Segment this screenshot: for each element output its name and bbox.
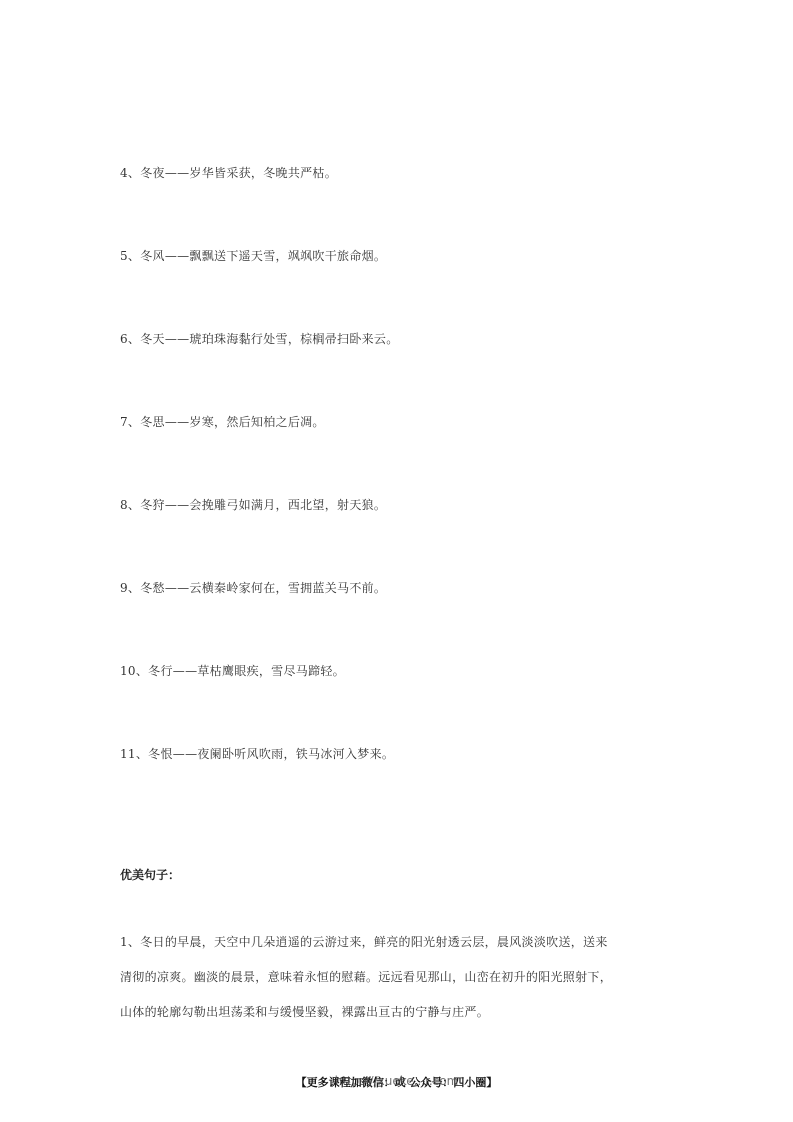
poem-line-5: 5、冬风——飘飘送下遥天雪，飒飒吹干旅命烟。 [120,248,386,264]
footer-watermark: 【更多课程加微信：或 公众号：四小圈】 https://xueke...r.co… [0,1074,793,1090]
poem-line-9: 9、冬愁——云横秦岭家何在，雪拥蓝关马不前。 [120,580,386,596]
poem-line-8: 8、冬狩——会挽雕弓如满月，西北望，射天狼。 [120,497,386,513]
paragraph-line: 1、冬日的早晨，天空中几朵逍遥的云游过来，鲜亮的阳光射透云层，晨风淡淡吹送，送来 [120,934,690,969]
poem-line-4: 4、冬夜——岁华皆采获，冬晚共严枯。 [120,165,337,181]
section-heading: 优美句子： [120,866,180,883]
paragraph-line: 山体的轮廓勾勒出坦荡柔和与缓慢坚毅，裸露出亘古的宁静与庄严。 [120,1004,690,1039]
watermark-url: https://xueke...r.com [0,1074,793,1088]
poem-line-6: 6、冬天——琥珀珠海黏行处雪，棕榈帚扫卧来云。 [120,331,399,347]
poem-line-7: 7、冬思——岁寒，然后知柏之后凋。 [120,414,325,430]
paragraph-line: 清彻的凉爽。幽淡的晨景，意味着永恒的慰藉。远远看见那山，山峦在初升的阳光照射下， [120,969,690,1004]
poem-line-10: 10、冬行——草枯鹰眼疾，雪尽马蹄轻。 [120,663,345,679]
sentence-paragraph: 1、冬日的早晨，天空中几朵逍遥的云游过来，鲜亮的阳光射透云层，晨风淡淡吹送，送来… [120,934,690,1039]
poem-line-11: 11、冬恨——夜阑卧听风吹雨，铁马冰河入梦来。 [120,746,394,762]
